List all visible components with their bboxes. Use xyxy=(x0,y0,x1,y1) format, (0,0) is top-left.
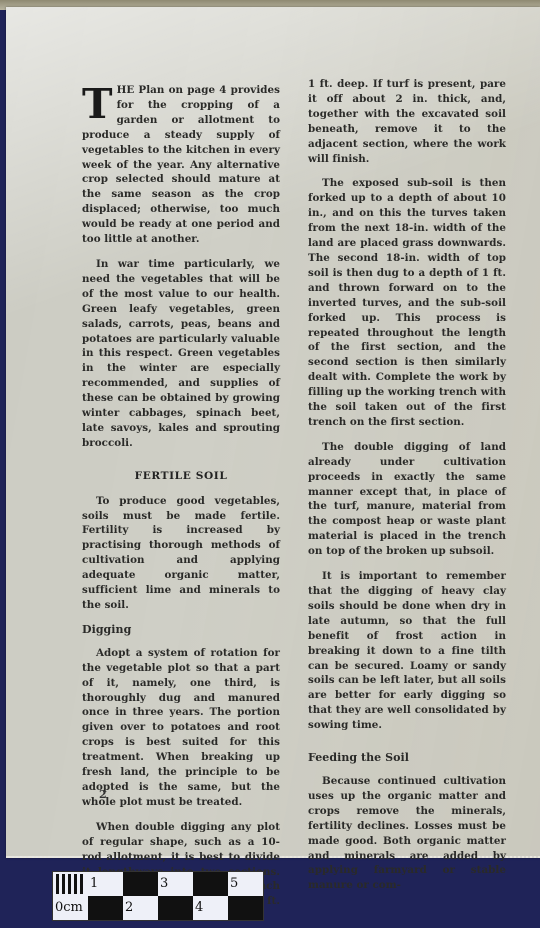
feeding-paragraph: Because continued cultivation uses up th… xyxy=(308,774,506,893)
left-column: THE Plan on page 4 provides for the crop… xyxy=(82,83,280,928)
scale-block xyxy=(193,872,228,896)
continued-paragraph: 1 ft. deep. If turf is present, pare it … xyxy=(308,77,506,166)
scale-block xyxy=(88,896,123,920)
scale-label-3: 3 xyxy=(158,872,193,896)
sub-heading-feeding-the-soil: Feeding the Soil xyxy=(308,751,506,766)
double-digging-paragraph: The double digging of land already under… xyxy=(308,440,506,559)
scale-label-4: 4 xyxy=(193,896,228,920)
war-time-paragraph: In war time particularly, we need the ve… xyxy=(82,257,280,451)
right-column: 1 ft. deep. If turf is present, pare it … xyxy=(308,77,506,903)
scale-label-1: 1 xyxy=(88,872,123,896)
subsoil-paragraph: The exposed sub-soil is then forked up t… xyxy=(308,176,506,429)
document-page: THE Plan on page 4 provides for the crop… xyxy=(6,7,540,858)
scale-label-5: 5 xyxy=(228,872,263,896)
scale-block xyxy=(123,872,158,896)
scale-block xyxy=(158,896,193,920)
clay-soils-paragraph: It is important to remember that the dig… xyxy=(308,569,506,733)
intro-paragraph: THE Plan on page 4 provides for the crop… xyxy=(82,83,280,247)
sub-heading-digging: Digging xyxy=(82,623,280,638)
digging-paragraph-1: Adopt a system of rotation for the veget… xyxy=(82,646,280,810)
scale-mm-ticks xyxy=(53,872,88,896)
scale-label-0cm: 0cm xyxy=(53,896,88,920)
scale-label-2: 2 xyxy=(123,896,158,920)
scale-block xyxy=(228,896,263,920)
drop-cap: T xyxy=(82,87,113,123)
scale-bar: 1 3 5 0cm 2 4 xyxy=(52,871,264,921)
page-number: 2 xyxy=(99,788,107,801)
section-heading-fertile-soil: FERTILE SOIL xyxy=(82,469,280,484)
fertile-soil-paragraph: To produce good vegetables, soils must b… xyxy=(82,494,280,613)
